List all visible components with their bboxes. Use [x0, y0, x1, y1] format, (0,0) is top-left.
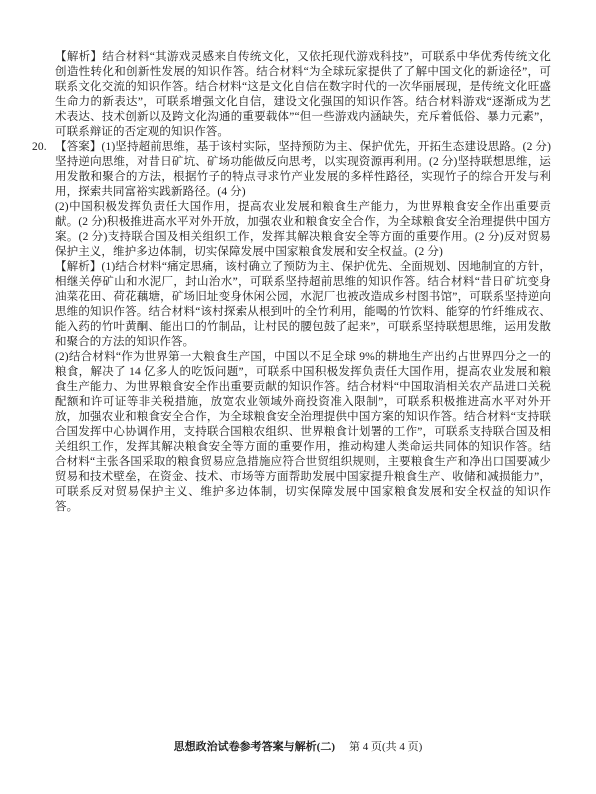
page-footer: 思想政治试卷参考答案与解析(二)第 4 页(共 4 页): [0, 740, 596, 755]
footer-page-number: 第 4 页(共 4 页): [349, 741, 422, 753]
answer-paragraph-q20-part2: (2)中国积极发挥负责任大国作用，提高农业发展和粮食生产能力，为世界粮食安全作出…: [55, 200, 551, 260]
paragraph-text: 【解析】结合材料“其游戏灵感来自传统文化，又依托现代游戏科技”，可联系中华优秀传…: [55, 51, 551, 138]
answer-paragraph-q20: 20. 【答案】(1)坚持超前思维，基于该村实际，坚持预防为主、保护优先，开拓生…: [55, 140, 551, 200]
answer-text-block: 【解析】结合材料“其游戏灵感来自传统文化，又依托现代游戏科技”，可联系中华优秀传…: [55, 50, 551, 515]
paragraph-text: (2)中国积极发挥负责任大国作用，提高农业发展和粮食生产能力，为世界粮食安全作出…: [55, 201, 551, 258]
analysis-paragraph-q20-part2: (2)结合材料“作为世界第一大粮食生产国，中国以不足全球 9%的耕地生产出约占世…: [55, 350, 551, 515]
exam-answer-page: 【解析】结合材料“其游戏灵感来自传统文化，又依托现代游戏科技”，可联系中华优秀传…: [0, 0, 596, 794]
question-number: 20.: [32, 140, 54, 155]
paragraph-text: 【答案】(1)坚持超前思维，基于该村实际，坚持预防为主、保护优先，开拓生态建设思…: [55, 141, 551, 198]
footer-document-title: 思想政治试卷参考答案与解析(二): [174, 741, 335, 753]
paragraph-text: 【解析】(1)结合材料“痛定思痛，该村确立了预防为主、保护优先、全面规划、因地制…: [55, 261, 551, 348]
analysis-paragraph: 【解析】结合材料“其游戏灵感来自传统文化，又依托现代游戏科技”，可联系中华优秀传…: [55, 50, 551, 140]
analysis-paragraph-q20: 【解析】(1)结合材料“痛定思痛，该村确立了预防为主、保护优先、全面规划、因地制…: [55, 260, 551, 350]
paragraph-text: (2)结合材料“作为世界第一大粮食生产国，中国以不足全球 9%的耕地生产出约占世…: [55, 351, 551, 513]
